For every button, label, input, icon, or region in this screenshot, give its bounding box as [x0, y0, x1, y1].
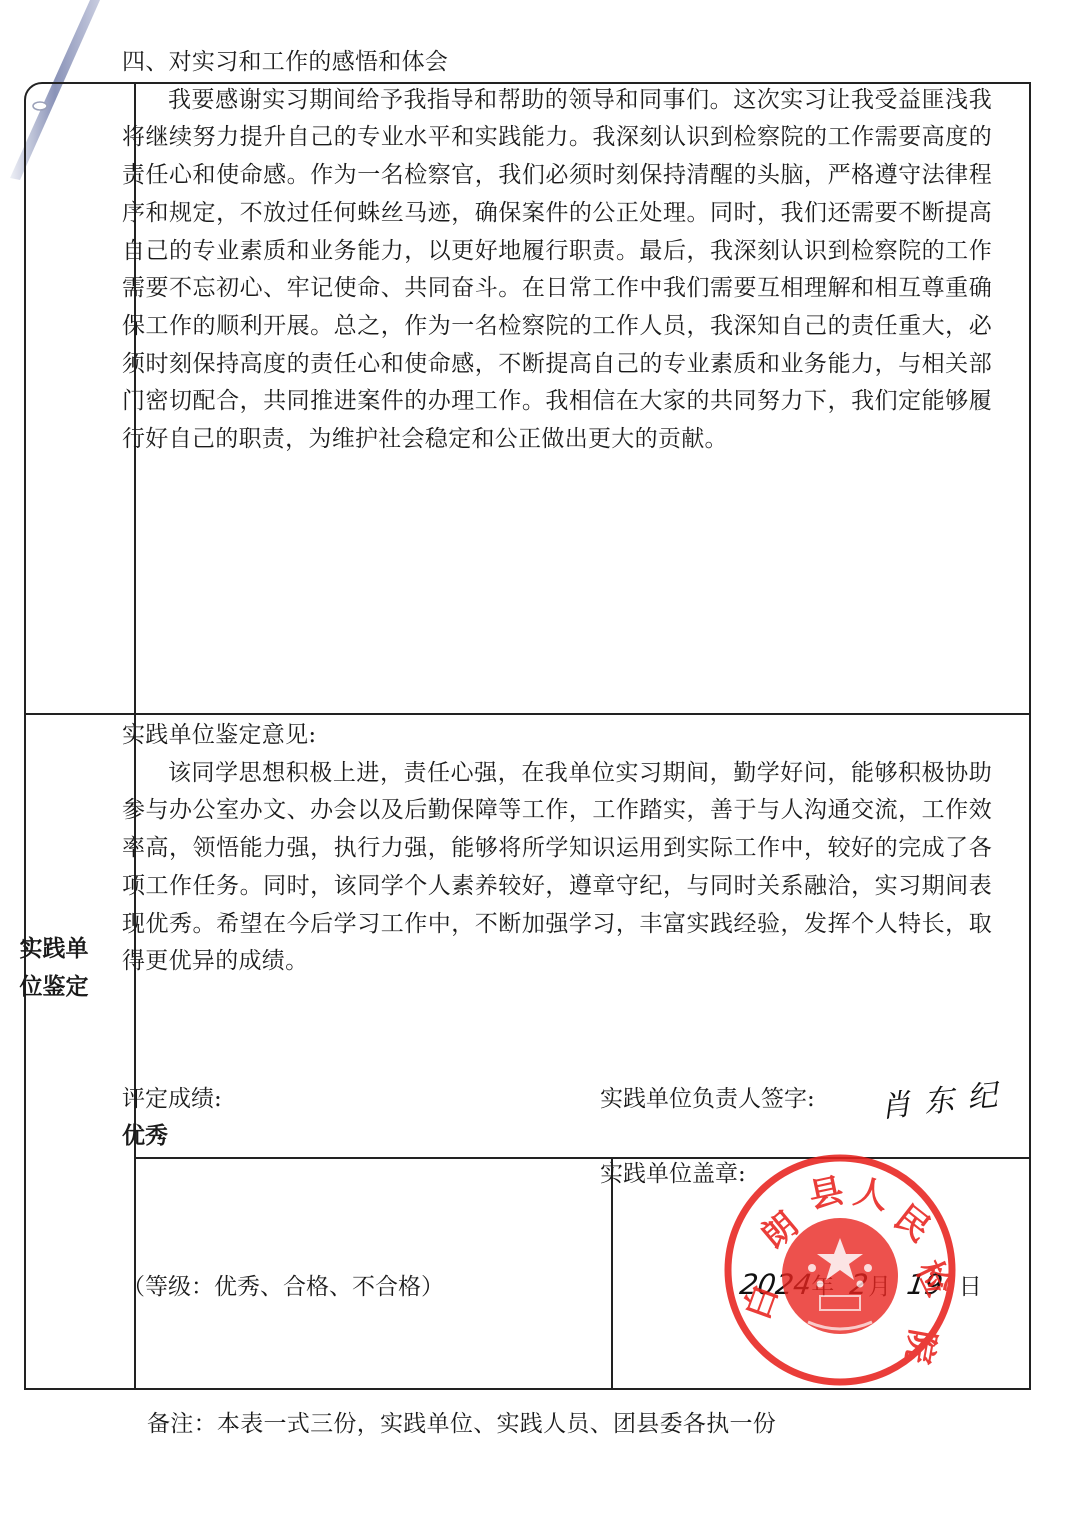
reflection-paragraph: 我要感谢实习期间给予我指导和帮助的领导和同事们。这次实习让我受益匪浅我将继续努力… — [122, 82, 992, 459]
date-year: 2024 — [738, 1268, 814, 1302]
date-day: 19 — [905, 1268, 945, 1302]
date-year-unit: 年 — [811, 1274, 834, 1300]
unit-opinion-section: 实践单位鉴定意见: 该同学思想积极上进，责任心强，在我单位实习期间，勤学好问，能… — [122, 717, 992, 981]
evaluation-date: 2024年2月19日 — [740, 1268, 982, 1304]
unit-stamp-label: 实践单位盖章: — [600, 1157, 746, 1191]
date-day-unit: 日 — [959, 1274, 982, 1300]
date-month-unit: 月 — [868, 1274, 891, 1300]
grade-value: 优秀 — [122, 1119, 168, 1153]
row-label-line-2: 位鉴定 — [0, 968, 108, 1006]
grade-row-divider — [136, 1157, 1029, 1159]
opinion-heading: 实践单位鉴定意见: — [122, 717, 992, 755]
section-heading: 四、对实习和工作的感悟和体会 — [122, 44, 992, 82]
supervisor-signature-label: 实践单位负责人签字: — [600, 1082, 815, 1116]
row-label-unit-evaluation: 实践单 位鉴定 — [0, 930, 108, 1006]
reflection-section: 四、对实习和工作的感悟和体会 我要感谢实习期间给予我指导和帮助的领导和同事们。这… — [122, 44, 992, 459]
grade-scale-note: （等级：优秀、合格、不合格） — [122, 1270, 444, 1304]
section-divider — [26, 713, 1029, 715]
grade-signature-divider — [611, 1159, 613, 1388]
grade-label: 评定成绩: — [122, 1082, 222, 1116]
opinion-paragraph: 该同学思想积极上进，责任心强，在我单位实习期间，勤学好问，能够积极协助参与办公室… — [122, 755, 992, 981]
row-label-line-1: 实践单 — [0, 930, 108, 968]
form-footnote: 备注：本表一式三份，实践单位、实践人员、团县委各执一份 — [147, 1406, 776, 1442]
